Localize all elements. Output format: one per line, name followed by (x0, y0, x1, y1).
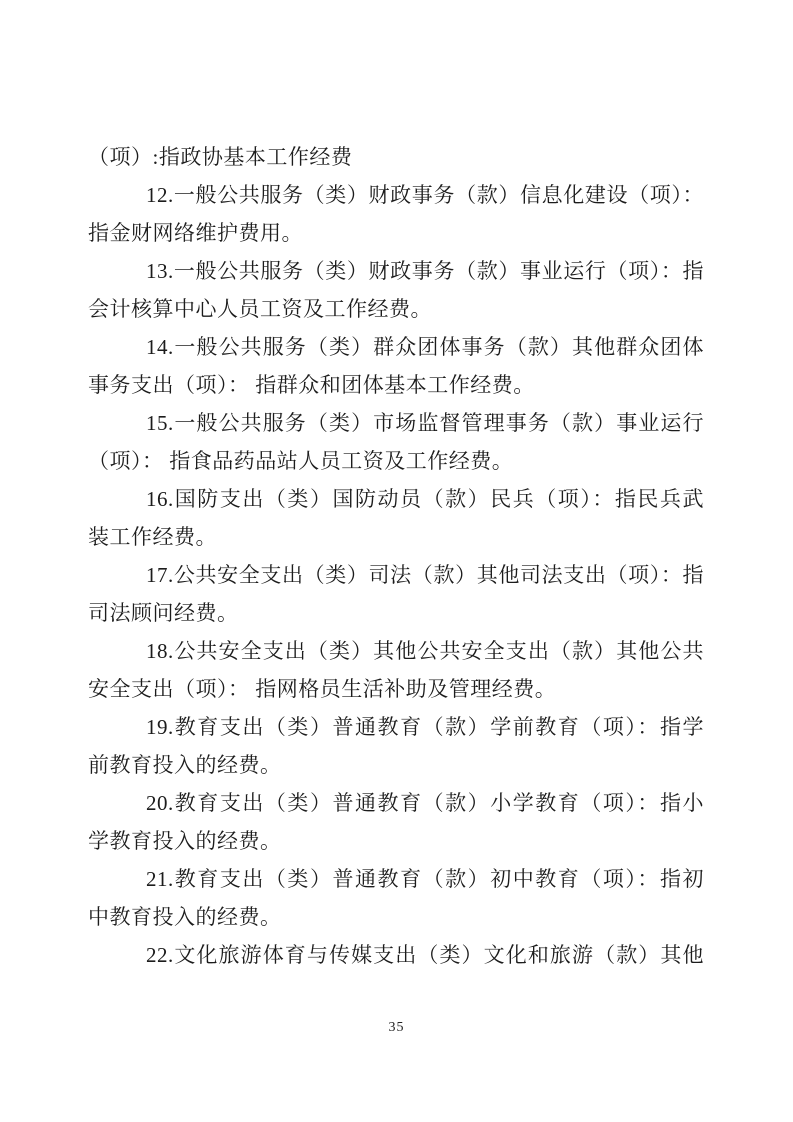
text-line: 安全支出（项）： 指网格员生活补助及管理经费。 (88, 670, 704, 708)
document-body: （项）:指政协基本工作经费12.一般公共服务（类）财政事务（款）信息化建设（项）… (88, 138, 704, 974)
document-page: （项）:指政协基本工作经费12.一般公共服务（类）财政事务（款）信息化建设（项）… (0, 0, 793, 1122)
text-line: 16.国防支出（类）国防动员（款）民兵（项）：指民兵武 (88, 480, 704, 518)
text-line: （项）： 指食品药品站人员工资及工作经费。 (88, 442, 704, 480)
text-line: 17.公共安全支出（类）司法（款）其他司法支出（项）：指 (88, 556, 704, 594)
text-line: 18.公共安全支出（类）其他公共安全支出（款）其他公共 (88, 632, 704, 670)
text-line: 12.一般公共服务（类）财政事务（款）信息化建设（项）： (88, 176, 704, 214)
text-line: （项）:指政协基本工作经费 (88, 138, 704, 176)
text-line: 20.教育支出（类）普通教育（款）小学教育（项）：指小 (88, 784, 704, 822)
text-line: 前教育投入的经费。 (88, 746, 704, 784)
text-line: 中教育投入的经费。 (88, 898, 704, 936)
text-line: 15.一般公共服务（类）市场监督管理事务（款）事业运行 (88, 404, 704, 442)
text-line: 事务支出（项）： 指群众和团体基本工作经费。 (88, 366, 704, 404)
text-line: 14.一般公共服务（类）群众团体事务（款）其他群众团体 (88, 328, 704, 366)
text-line: 司法顾问经费。 (88, 594, 704, 632)
page-number: 35 (389, 1020, 405, 1035)
text-line: 指金财网络维护费用。 (88, 214, 704, 252)
text-line: 13.一般公共服务（类）财政事务（款）事业运行（项）：指 (88, 252, 704, 290)
text-line: 装工作经费。 (88, 518, 704, 556)
text-line: 会计核算中心人员工资及工作经费。 (88, 290, 704, 328)
text-line: 学教育投入的经费。 (88, 822, 704, 860)
text-line: 21.教育支出（类）普通教育（款）初中教育（项）：指初 (88, 860, 704, 898)
page-footer: 35 (0, 1020, 793, 1036)
text-line: 19.教育支出（类）普通教育（款）学前教育（项）：指学 (88, 708, 704, 746)
text-line: 22.文化旅游体育与传媒支出（类）文化和旅游（款）其他 (88, 936, 704, 974)
